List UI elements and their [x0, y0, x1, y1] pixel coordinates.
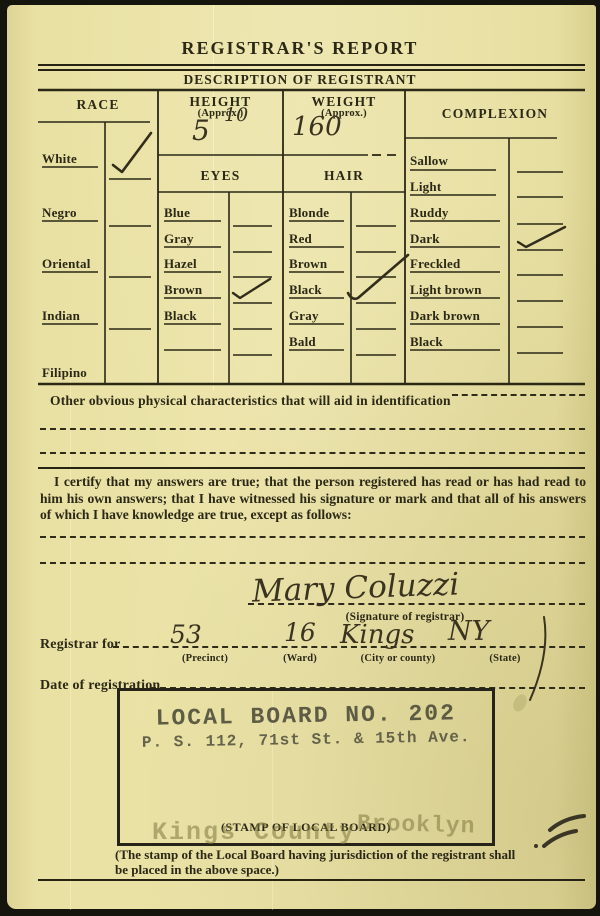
- hair-option-brown: Brown: [289, 256, 327, 272]
- hair-option-black: Black: [289, 282, 322, 298]
- height-approx-label: (Approx.): [158, 108, 283, 119]
- race-option-white: White: [42, 151, 77, 167]
- weight-value: 160: [292, 112, 342, 142]
- complexion-column-header: COMPLEXION: [405, 106, 585, 122]
- race-option-filipino: Filipino: [42, 365, 87, 381]
- exception-blank-line: [40, 536, 585, 538]
- ward-value: 16: [284, 618, 316, 647]
- stamp-footnote: (The stamp of the Local Board having jur…: [115, 847, 529, 877]
- complexion-option-black: Black: [410, 334, 443, 350]
- signature-line: [248, 603, 585, 605]
- hair-option-gray: Gray: [289, 308, 319, 324]
- hair-black-checkmark-icon: [340, 246, 414, 306]
- city-value: Kings: [340, 620, 414, 650]
- identification-blank-line: [40, 428, 585, 430]
- hair-option-bald: Bald: [289, 334, 316, 350]
- precinct-value: 53: [170, 620, 202, 649]
- race-option-indian: Indian: [42, 308, 80, 324]
- precinct-caption: (Precinct): [160, 653, 250, 664]
- eyes-option-brown: Brown: [164, 282, 202, 298]
- city-caption: (City or county): [348, 653, 448, 664]
- stamp-board-number: LOCAL BOARD NO. 202: [120, 700, 492, 732]
- complexion-option-light: Light: [410, 179, 441, 195]
- stamp-board-address: P. S. 112, 71st St. & 15th Ave.: [120, 728, 492, 752]
- complexion-option-dark: Dark: [410, 231, 440, 247]
- complexion-option-ruddy: Ruddy: [410, 205, 449, 221]
- eyes-option-blue: Blue: [164, 205, 190, 221]
- scanned-registrar-report-card: REGISTRAR'S REPORT DESCRIPTION OF REGIST…: [0, 0, 600, 916]
- complexion-option-dark-brown: Dark brown: [410, 308, 480, 324]
- race-white-checkmark-icon: [105, 123, 160, 178]
- race-option-oriental: Oriental: [42, 256, 91, 272]
- pen-marks: [528, 806, 598, 854]
- exception-blank-line: [40, 562, 585, 564]
- registrar-for-label: Registrar for: [40, 637, 120, 653]
- height-inches-value: 10: [224, 104, 248, 126]
- race-option-negro: Negro: [42, 205, 77, 221]
- complexion-option-light-brown: Light brown: [410, 282, 482, 298]
- overstamp-kings-county: Kings County: [152, 818, 356, 847]
- overstamp-brooklyn: Brooklyn: [357, 810, 476, 839]
- race-column-header: RACE: [38, 97, 158, 113]
- eyes-option-gray: Gray: [164, 231, 194, 247]
- ward-caption: (Ward): [270, 653, 330, 664]
- pen-stroke: [520, 612, 554, 707]
- complexion-option-freckled: Freckled: [410, 256, 460, 272]
- local-board-stamp: LOCAL BOARD NO. 202 P. S. 112, 71st St. …: [120, 700, 493, 752]
- height-feet-value: 5: [192, 114, 210, 147]
- identification-blank-line: [40, 452, 585, 454]
- complexion-dark-checkmark-icon: [512, 221, 572, 253]
- divider: [38, 467, 585, 469]
- hair-option-blonde: Blonde: [289, 205, 329, 221]
- hair-section-header: HAIR: [283, 168, 405, 184]
- state-value: NY: [448, 616, 489, 647]
- hair-option-red: Red: [289, 231, 312, 247]
- eyes-brown-checkmark-icon: [228, 275, 276, 303]
- eyes-section-header: EYES: [158, 168, 283, 184]
- certification-text: I certify that my answers are true; that…: [40, 474, 586, 524]
- eyes-option-hazel: Hazel: [164, 256, 197, 272]
- identification-label: Other obvious physical characteristics t…: [50, 393, 451, 409]
- bottom-rule: [38, 879, 585, 881]
- complexion-option-sallow: Sallow: [410, 153, 448, 169]
- identification-fill-line: [452, 394, 585, 396]
- eyes-option-black: Black: [164, 308, 197, 324]
